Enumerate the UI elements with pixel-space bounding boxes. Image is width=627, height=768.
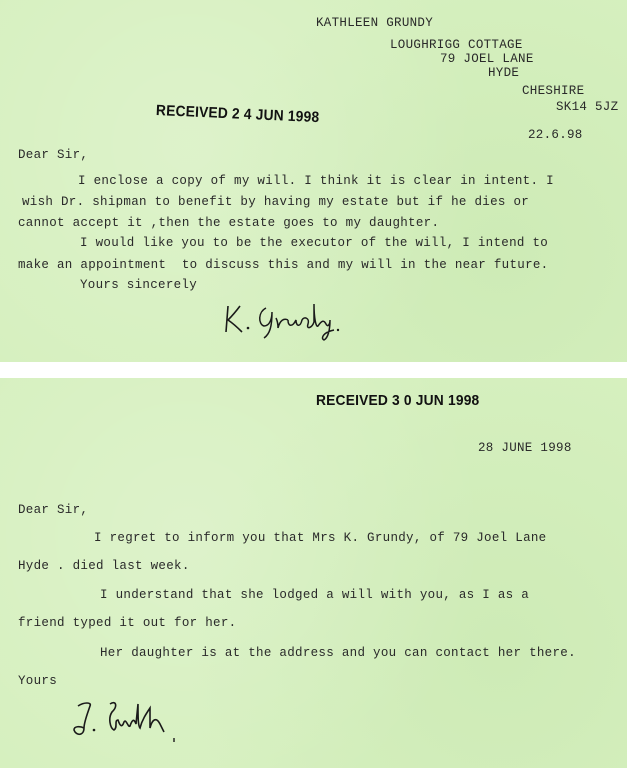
- body-line: wish Dr. shipman to benefit by having my…: [22, 195, 529, 209]
- body-line: friend typed it out for her.: [18, 616, 236, 630]
- letter-grundy: KATHLEEN GRUNDY LOUGHRIGG COTTAGE 79 JOE…: [0, 0, 627, 362]
- body-line: I enclose a copy of my will. I think it …: [78, 174, 554, 188]
- body-line: Hyde . died last week.: [18, 559, 190, 573]
- letter-date: 28 JUNE 1998: [478, 441, 572, 455]
- body-line: Her daughter is at the address and you c…: [100, 646, 576, 660]
- sender-street: 79 JOEL LANE: [440, 52, 534, 66]
- signature-k-grundy: [222, 300, 352, 342]
- sender-name: KATHLEEN GRUNDY: [316, 16, 433, 30]
- sender-house: LOUGHRIGG COTTAGE: [390, 38, 523, 52]
- body-line: make an appointment to discuss this and …: [18, 258, 548, 272]
- body-line: I regret to inform you that Mrs K. Grund…: [94, 531, 546, 545]
- sender-postcode: SK14 5JZ: [556, 100, 618, 114]
- received-stamp: RECEIVED 2 4 JUN 1998: [156, 102, 320, 126]
- sender-town: HYDE: [488, 66, 519, 80]
- signature-j-smith: [70, 698, 190, 744]
- body-line: I would like you to be the executor of t…: [80, 236, 548, 250]
- received-stamp: RECEIVED 3 0 JUN 1998: [316, 392, 479, 409]
- letter-date: 22.6.98: [528, 128, 583, 142]
- sender-county: CHESHIRE: [522, 84, 584, 98]
- closing: Yours sincerely: [80, 278, 197, 292]
- body-line: cannot accept it ,then the estate goes t…: [18, 216, 439, 230]
- closing: Yours: [18, 674, 57, 688]
- salutation: Dear Sir,: [18, 503, 88, 517]
- salutation: Dear Sir,: [18, 148, 88, 162]
- letter-smith: RECEIVED 3 0 JUN 1998 28 JUNE 1998 Dear …: [0, 378, 627, 768]
- body-line: I understand that she lodged a will with…: [100, 588, 529, 602]
